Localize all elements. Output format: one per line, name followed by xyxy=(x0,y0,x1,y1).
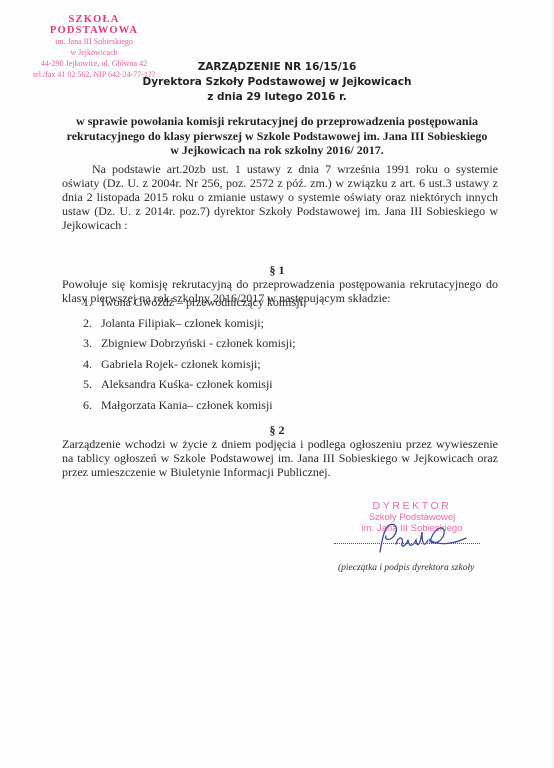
director-stamp-title: DYREKTOR xyxy=(342,501,482,512)
member-text: Aleksandra Kuśka- członek komisji xyxy=(101,377,273,391)
signature-line xyxy=(334,543,480,544)
legal-basis-text: Na podstawie art.20zb ust. 1 ustawy z dn… xyxy=(62,162,498,232)
director-signature xyxy=(374,522,474,556)
school-stamp-line: im. Jana III Sobieskiego xyxy=(24,36,164,47)
list-item: 1.Iwona Gwóźdź – przewodniczący komisji; xyxy=(78,294,306,315)
document-header: ZARZĄDZENIE NR 16/15/16 Dyrektora Szkoły… xyxy=(0,60,554,105)
member-text: Zbigniew Dobrzyński - członek komisji; xyxy=(101,336,296,350)
document-issuer: Dyrektora Szkoły Podstawowej w Jejkowica… xyxy=(0,75,554,90)
school-stamp-line: w Jejkowicach xyxy=(24,47,164,58)
member-text: Iwona Gwóźdź – przewodniczący komisji; xyxy=(101,295,306,309)
subject-line: w Jejkowicach na rok szkolny 2016/ 2017. xyxy=(30,143,524,158)
document-page: SZKOŁA PODSTAWOWA im. Jana III Sobieskie… xyxy=(0,0,554,768)
list-item: 4.Gabriela Rojek- członek komisji; xyxy=(78,356,306,377)
document-subject: w sprawie powołania komisji rekrutacyjne… xyxy=(30,114,524,158)
subject-line: rekrutacyjnego do klasy pierwszej w Szko… xyxy=(30,129,524,144)
school-stamp-title: SZKOŁA PODSTAWOWA xyxy=(24,14,164,36)
list-item: 6.Małgorzata Kania– członek komisji xyxy=(78,397,306,418)
document-title: ZARZĄDZENIE NR 16/15/16 xyxy=(0,60,554,75)
document-date: z dnia 29 lutego 2016 r. xyxy=(0,90,554,105)
list-item: 3.Zbigniew Dobrzyński - członek komisji; xyxy=(78,335,306,356)
legal-basis-paragraph: Na podstawie art.20zb ust. 1 ustawy z dn… xyxy=(62,162,498,232)
section-1-title: § 1 xyxy=(0,263,554,278)
member-text: Gabriela Rojek- członek komisji; xyxy=(101,357,261,371)
section-2-title: § 2 xyxy=(0,423,554,438)
member-text: Małgorzata Kania– członek komisji xyxy=(101,398,273,412)
member-text: Jolanta Filipiak– członek komisji; xyxy=(101,316,264,330)
list-item: 2.Jolanta Filipiak– członek komisji; xyxy=(78,315,306,336)
signature-caption: (pieczątka i podpis dyrektora szkoły xyxy=(338,563,474,573)
section-2-text: Zarządzenie wchodzi w życie z dniem podj… xyxy=(62,437,498,479)
page-edge xyxy=(550,0,554,768)
committee-members-list: 1.Iwona Gwóźdź – przewodniczący komisji;… xyxy=(78,294,306,417)
subject-line: w sprawie powołania komisji rekrutacyjne… xyxy=(30,114,524,129)
list-item: 5.Aleksandra Kuśka- członek komisji xyxy=(78,376,306,397)
